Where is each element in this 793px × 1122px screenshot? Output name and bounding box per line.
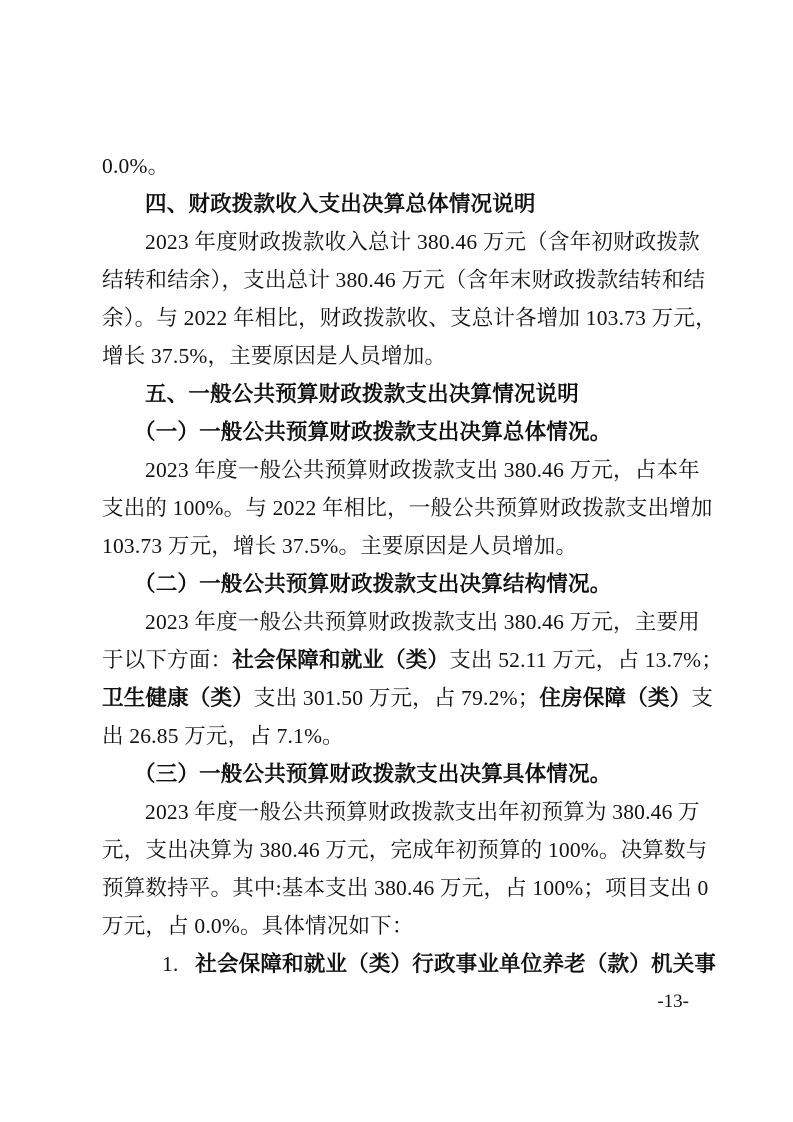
paragraph-line: 2023 年度财政拨款收入总计 380.46 万元（含年初财政拨款 bbox=[102, 223, 722, 261]
paragraph-line: 出 26.85 万元，占 7.1%。 bbox=[102, 717, 722, 755]
text-segment: 出 26.85 万元，占 7.1%。 bbox=[102, 724, 344, 748]
page-number: -13- bbox=[657, 990, 689, 1013]
paragraph-line: 元，支出决算为 380.46 万元，完成年初预算的 100%。决算数与 bbox=[102, 831, 722, 869]
numbered-item-line: 1. 社会保障和就业（类）行政事业单位养老（款）机关事 bbox=[102, 945, 722, 983]
text-segment: 预算数持平。其中:基本支出 380.46 万元，占 100%；项目支出 0 bbox=[102, 876, 708, 900]
text-segment: 1. bbox=[162, 952, 195, 976]
section-heading-5: 五、一般公共预算财政拨款支出决算情况说明 bbox=[102, 375, 722, 413]
subsection-heading-2: （二）一般公共预算财政拨款支出决算结构情况。 bbox=[102, 565, 722, 603]
text-segment: 2023 年度一般公共预算财政拨款支出年初预算为 380.46 万 bbox=[145, 800, 700, 824]
section-heading-4: 四、财政拨款收入支出决算总体情况说明 bbox=[102, 185, 722, 223]
text-segment: 万元，占 0.0%。具体情况如下： bbox=[102, 914, 414, 938]
text-segment: 增长 37.5%，主要原因是人员增加。 bbox=[102, 344, 446, 368]
subsection-heading-3: （三）一般公共预算财政拨款支出决算具体情况。 bbox=[102, 755, 722, 793]
paragraph-line: 卫生健康（类）支出 301.50 万元，占 79.2%；住房保障（类）支 bbox=[102, 679, 722, 717]
text-segment: 支 bbox=[691, 686, 713, 710]
paragraph-line: 支出的 100%。与 2022 年相比，一般公共预算财政拨款支出增加 bbox=[102, 489, 722, 527]
text-segment: 0.0%。 bbox=[102, 154, 169, 178]
paragraph-line: 于以下方面：社会保障和就业（类）支出 52.11 万元，占 13.7%； bbox=[102, 641, 722, 679]
text-segment: 支出的 100%。与 2022 年相比，一般公共预算财政拨款支出增加 bbox=[102, 496, 713, 520]
paragraph-line: 万元，占 0.0%。具体情况如下： bbox=[102, 907, 722, 945]
paragraph-line: 2023 年度一般公共预算财政拨款支出 380.46 万元，主要用 bbox=[102, 603, 722, 641]
bold-text-segment: （三）一般公共预算财政拨款支出决算具体情况。 bbox=[134, 762, 611, 786]
document-lines: 0.0%。四、财政拨款收入支出决算总体情况说明2023 年度财政拨款收入总计 3… bbox=[102, 147, 722, 983]
bold-text-segment: 社会保障和就业（类） bbox=[232, 648, 449, 672]
text-segment: 支出 52.11 万元，占 13.7%； bbox=[449, 648, 723, 672]
paragraph-tail-line: 0.0%。 bbox=[102, 147, 722, 185]
paragraph-line: 2023 年度一般公共预算财政拨款支出 380.46 万元，占本年 bbox=[102, 451, 722, 489]
paragraph-line: 结转和结余），支出总计 380.46 万元（含年末财政拨款结转和结 bbox=[102, 261, 722, 299]
text-segment: 于以下方面： bbox=[102, 648, 232, 672]
bold-text-segment: 住房保障（类） bbox=[539, 686, 691, 710]
subsection-heading-1: （一）一般公共预算财政拨款支出决算总体情况。 bbox=[102, 413, 722, 451]
text-segment: 2023 年度财政拨款收入总计 380.46 万元（含年初财政拨款 bbox=[145, 230, 700, 254]
paragraph-line: 预算数持平。其中:基本支出 380.46 万元，占 100%；项目支出 0 bbox=[102, 869, 722, 907]
paragraph-line: 2023 年度一般公共预算财政拨款支出年初预算为 380.46 万 bbox=[102, 793, 722, 831]
text-segment: 2023 年度一般公共预算财政拨款支出 380.46 万元，主要用 bbox=[145, 610, 700, 634]
text-segment: 支出 301.50 万元，占 79.2%； bbox=[254, 686, 540, 710]
bold-text-segment: 社会保障和就业（类）行政事业单位养老（款）机关事 bbox=[195, 952, 716, 976]
paragraph-line: 增长 37.5%，主要原因是人员增加。 bbox=[102, 337, 722, 375]
bold-text-segment: （一）一般公共预算财政拨款支出决算总体情况。 bbox=[134, 420, 611, 444]
text-segment: 元，支出决算为 380.46 万元，完成年初预算的 100%。决算数与 bbox=[102, 838, 707, 862]
text-segment: 103.73 万元，增长 37.5%。主要原因是人员增加。 bbox=[102, 534, 577, 558]
text-segment: 余）。与 2022 年相比，财政拨款收、支总计各增加 103.73 万元， bbox=[102, 306, 717, 330]
document-page: 0.0%。四、财政拨款收入支出决算总体情况说明2023 年度财政拨款收入总计 3… bbox=[0, 0, 793, 1122]
bold-text-segment: （二）一般公共预算财政拨款支出决算结构情况。 bbox=[134, 572, 611, 596]
bold-text-segment: 五、一般公共预算财政拨款支出决算情况说明 bbox=[145, 382, 579, 406]
bold-text-segment: 卫生健康（类） bbox=[102, 686, 254, 710]
text-segment: 2023 年度一般公共预算财政拨款支出 380.46 万元，占本年 bbox=[145, 458, 700, 482]
bold-text-segment: 四、财政拨款收入支出决算总体情况说明 bbox=[145, 192, 536, 216]
paragraph-line: 103.73 万元，增长 37.5%。主要原因是人员增加。 bbox=[102, 527, 722, 565]
text-segment: 结转和结余），支出总计 380.46 万元（含年末财政拨款结转和结 bbox=[102, 268, 705, 292]
paragraph-line: 余）。与 2022 年相比，财政拨款收、支总计各增加 103.73 万元， bbox=[102, 299, 722, 337]
